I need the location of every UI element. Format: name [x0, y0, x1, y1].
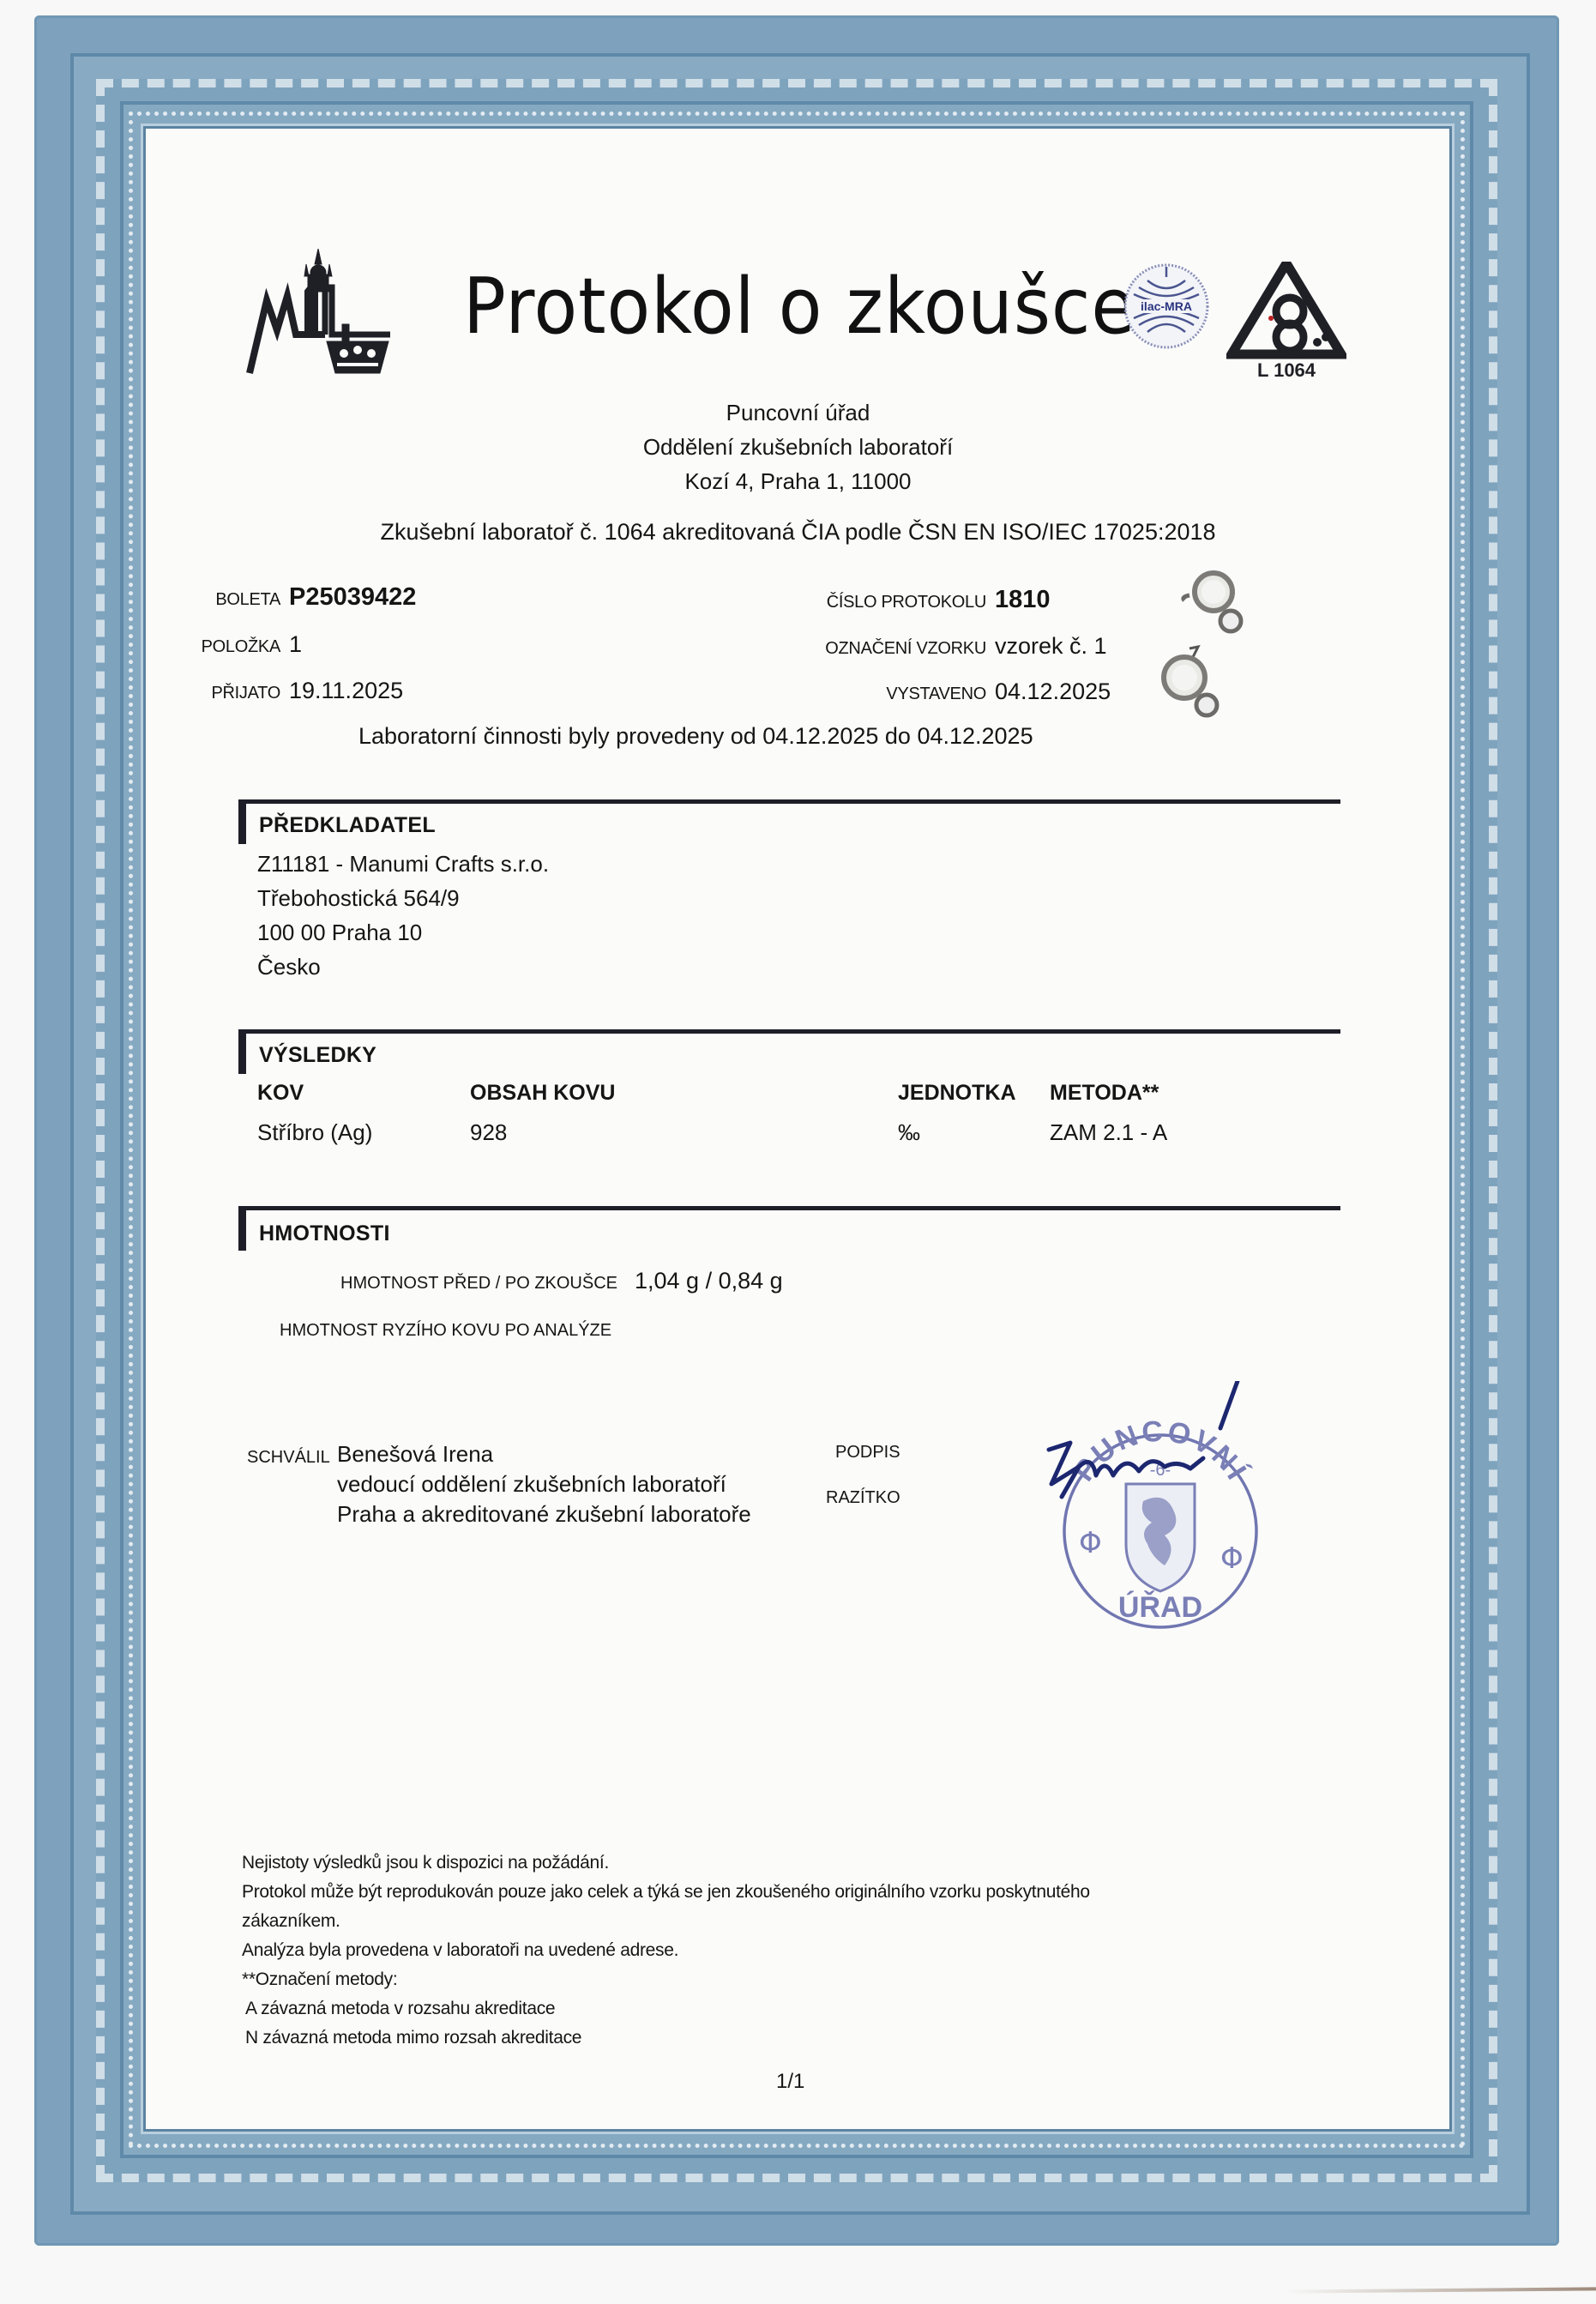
weight-before-after-value: 1,04 g / 0,84 g — [635, 1268, 783, 1294]
note-line: **Označení metody: — [242, 1969, 397, 1990]
boleta-value: P25039422 — [289, 583, 416, 612]
signature-label: Podpis — [835, 1443, 900, 1463]
weight-before-after-label: Hmotnost před / po zkoušce — [340, 1274, 617, 1294]
meta-polozka: Položka 1 — [182, 631, 302, 658]
stamp-label: Razítko — [826, 1488, 900, 1508]
note-line: Protokol může být reprodukován pouze jak… — [242, 1882, 1090, 1903]
section-marker — [238, 1206, 246, 1251]
lab-activity-period: Laboratorní činnosti byly provedeny od 0… — [358, 723, 1033, 750]
ilac-mra-logo-icon: ilac-MRA — [1122, 262, 1211, 351]
meta-label: Přijato — [182, 684, 280, 703]
result-metal: Stříbro (Ag) — [257, 1119, 372, 1146]
prijato-value: 19.11.2025 — [289, 678, 403, 704]
submitter-name: Z11181 - Manumi Crafts s.r.o. — [257, 851, 549, 878]
meta-prijato: Přijato 19.11.2025 — [182, 678, 403, 704]
svg-text:L 1064: L 1064 — [1257, 359, 1316, 381]
submitter-section-title: PŘEDKLADATEL — [259, 813, 436, 838]
meta-cislo-protokolu: Číslo protokolu 1810 — [815, 586, 1051, 614]
meta-label: Označení vzorku — [815, 639, 986, 659]
sample-clasp-photo-icon — [1153, 642, 1222, 723]
approver-name: Benešová Irena — [337, 1441, 493, 1468]
submitter-street: Třebohostická 564/9 — [257, 885, 460, 912]
sample-clasp-photo-icon — [1179, 566, 1248, 643]
meta-label: Položka — [182, 637, 280, 657]
approver-role-line1: vedoucí oddělení zkušebních laboratoří — [337, 1471, 726, 1498]
results-column-header: METODA** — [1050, 1081, 1159, 1106]
results-section-title: VÝSLEDKY — [259, 1043, 376, 1068]
fine-metal-weight-label: Hmotnost ryzího kovu po analýze — [280, 1321, 611, 1341]
hallmark-office-logo-icon — [243, 249, 397, 377]
approver-role-line2: Praha a akreditované zkušební laboratoře — [337, 1501, 751, 1528]
meta-vystaveno: Vystaveno 04.12.2025 — [815, 679, 1111, 705]
cia-accreditation-logo-icon: L 1064 — [1226, 262, 1346, 382]
results-column-header: OBSAH KOVU — [470, 1081, 615, 1106]
note-line: Analýza byla provedena v laboratoři na u… — [242, 1940, 678, 1961]
accreditation-statement: Zkušební laboratoř č. 1064 akreditovaná … — [0, 519, 1596, 546]
result-unit: ‰ — [898, 1119, 920, 1146]
official-stamp-icon: PUNCOVNÍ -6- Φ Φ ÚŘAD — [1045, 1381, 1276, 1630]
results-column-header: JEDNOTKA — [898, 1081, 1016, 1106]
svg-text:Φ: Φ — [1079, 1526, 1102, 1560]
results-column-header: KOV — [257, 1081, 304, 1106]
result-method: ZAM 2.1 - A — [1050, 1119, 1167, 1146]
meta-oznaceni-vzorku: Označení vzorku vzorek č. 1 — [815, 633, 1107, 660]
page-number: 1/1 — [776, 2070, 804, 2094]
note-line: N závazná metoda mimo rozsah akreditace — [245, 2028, 581, 2048]
section-marker — [238, 799, 246, 844]
svg-text:ilac-MRA: ilac-MRA — [1141, 299, 1192, 313]
section-divider — [238, 799, 1340, 804]
note-line: A závazná metoda v rozsahu akreditace — [245, 1999, 555, 2019]
approved-by-label: Schválil — [247, 1448, 330, 1468]
meta-boleta: Boleta P25039422 — [182, 583, 416, 612]
page-title: Protokol o zkoušce — [463, 262, 1135, 352]
submitter-city: 100 00 Praha 10 — [257, 920, 422, 946]
protocol-number-value: 1810 — [995, 586, 1051, 614]
issued-value: 04.12.2025 — [995, 679, 1111, 705]
note-line: zákazníkem. — [242, 1911, 340, 1932]
svg-text:ÚŘAD: ÚŘAD — [1118, 1591, 1202, 1624]
institution-name: Puncovní úřad — [0, 400, 1596, 426]
result-content: 928 — [470, 1119, 507, 1146]
institution-address: Kozí 4, Praha 1, 11000 — [0, 468, 1596, 495]
submitter-country: Česko — [257, 954, 321, 980]
svg-text:Φ: Φ — [1220, 1541, 1244, 1576]
institution-department: Oddělení zkušebních laboratoří — [0, 434, 1596, 461]
meta-label: Číslo protokolu — [815, 593, 986, 612]
polozka-value: 1 — [289, 631, 302, 658]
section-divider — [238, 1206, 1340, 1210]
section-divider — [238, 1029, 1340, 1034]
meta-label: Boleta — [182, 590, 280, 610]
scan-edge-shadow — [1286, 2287, 1596, 2293]
note-line: Nejistoty výsledků jsou k dispozici na p… — [242, 1853, 609, 1873]
weights-section-title: HMOTNOSTI — [259, 1221, 390, 1246]
section-marker — [238, 1029, 246, 1074]
sample-id-value: vzorek č. 1 — [995, 633, 1107, 660]
meta-label: Vystaveno — [815, 685, 986, 704]
